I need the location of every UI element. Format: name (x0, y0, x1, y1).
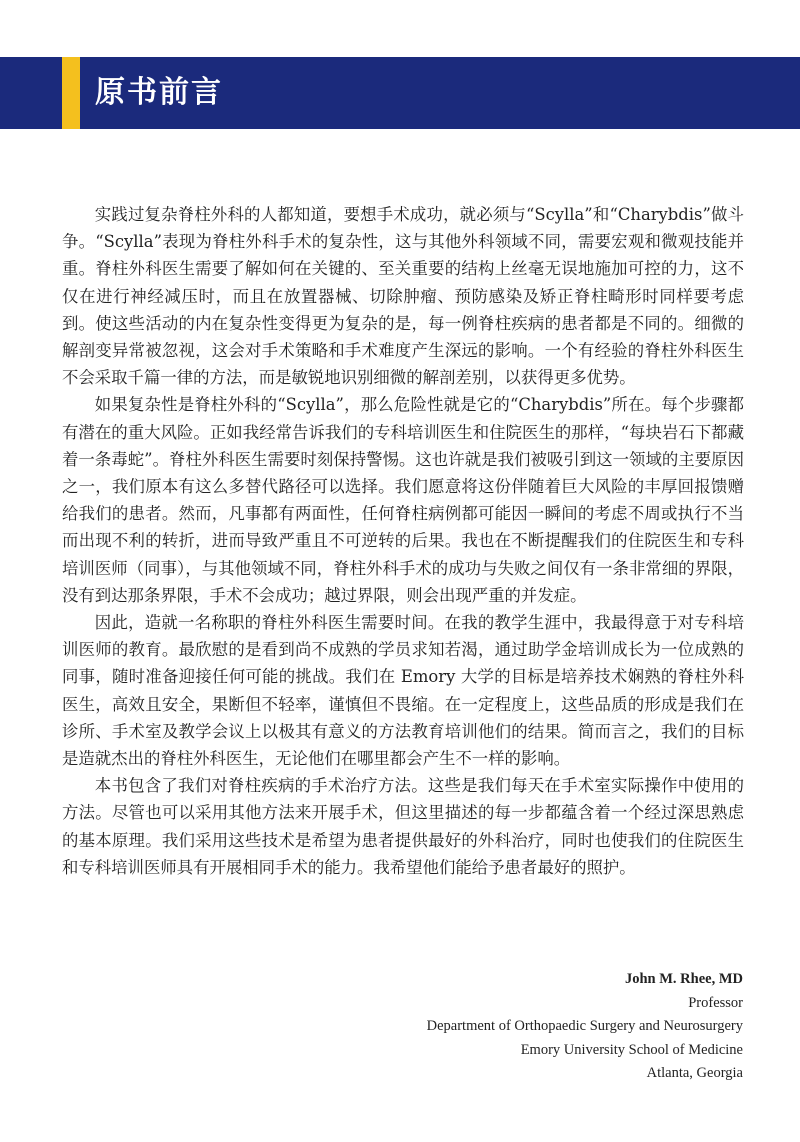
author-title: Professor (427, 992, 743, 1016)
author-institution: Emory University School of Medicine (427, 1039, 743, 1063)
accent-bar (62, 57, 80, 129)
page-title: 原书前言 (95, 74, 223, 112)
author-location: Atlanta, Georgia (427, 1062, 743, 1086)
paragraph-1: 实践过复杂脊柱外科的人都知道，要想手术成功，就必须与“Scylla”和“Char… (62, 201, 744, 391)
signature-block: John M. Rhee, MD Professor Department of… (427, 968, 743, 1086)
header-banner: 原书前言 (0, 57, 800, 129)
paragraph-2: 如果复杂性是脊柱外科的“Scylla”，那么危险性就是它的“Charybdis”… (62, 391, 744, 609)
paragraph-4: 本书包含了我们对脊柱疾病的手术治疗方法。这些是我们每天在手术室实际操作中使用的方… (62, 772, 744, 881)
author-name: John M. Rhee, MD (427, 968, 743, 992)
preface-body: 实践过复杂脊柱外科的人都知道，要想手术成功，就必须与“Scylla”和“Char… (62, 201, 744, 881)
paragraph-3: 因此，造就一名称职的脊柱外科医生需要时间。在我的教学生涯中，我最得意于对专科培训… (62, 609, 744, 772)
author-department: Department of Orthopaedic Surgery and Ne… (427, 1015, 743, 1039)
